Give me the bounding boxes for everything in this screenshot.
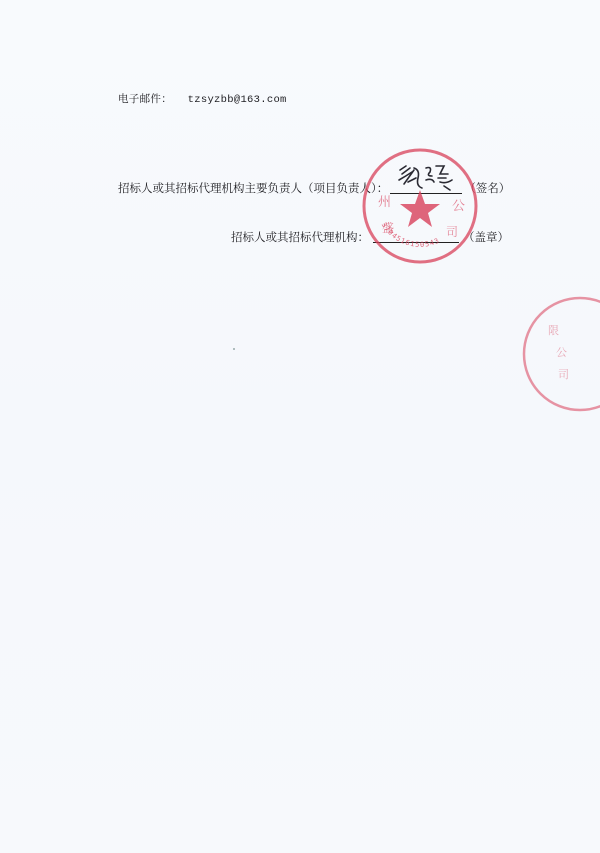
seal-suffix: （盖章） <box>463 230 509 244</box>
seal-underline <box>373 230 459 243</box>
scan-speck <box>233 348 235 350</box>
partial-seal-stamp: 限 公 司 <box>520 294 600 414</box>
seal-label: 招标人或其招标代理机构： <box>231 230 369 244</box>
svg-text:司: 司 <box>558 368 569 381</box>
signature-label: 招标人或其招标代理机构主要负责人（项目负责人）： <box>118 181 388 195</box>
email-value: tzsyzbb@163.com <box>188 94 287 106</box>
svg-text:限: 限 <box>548 324 559 337</box>
signature-suffix: （签名） <box>464 181 510 195</box>
signature-line: 招标人或其招标代理机构主要负责人（项目负责人）：（签名） <box>118 180 510 196</box>
document-page: 电子邮件： tzsyzbb@163.com 招标人或其招标代理机构主要负责人（项… <box>0 0 600 853</box>
company-seal-stamp: 州 公 盛 司 3704516150543 <box>360 146 480 266</box>
svg-text:州: 州 <box>378 195 391 210</box>
seal-line: 招标人或其招标代理机构：（盖章） <box>231 229 509 245</box>
email-label: 电子邮件： <box>118 93 172 105</box>
svg-text:公: 公 <box>452 199 465 214</box>
svg-text:公: 公 <box>556 346 567 359</box>
email-line: 电子邮件： tzsyzbb@163.com <box>118 91 287 106</box>
signature-underline <box>390 181 462 194</box>
